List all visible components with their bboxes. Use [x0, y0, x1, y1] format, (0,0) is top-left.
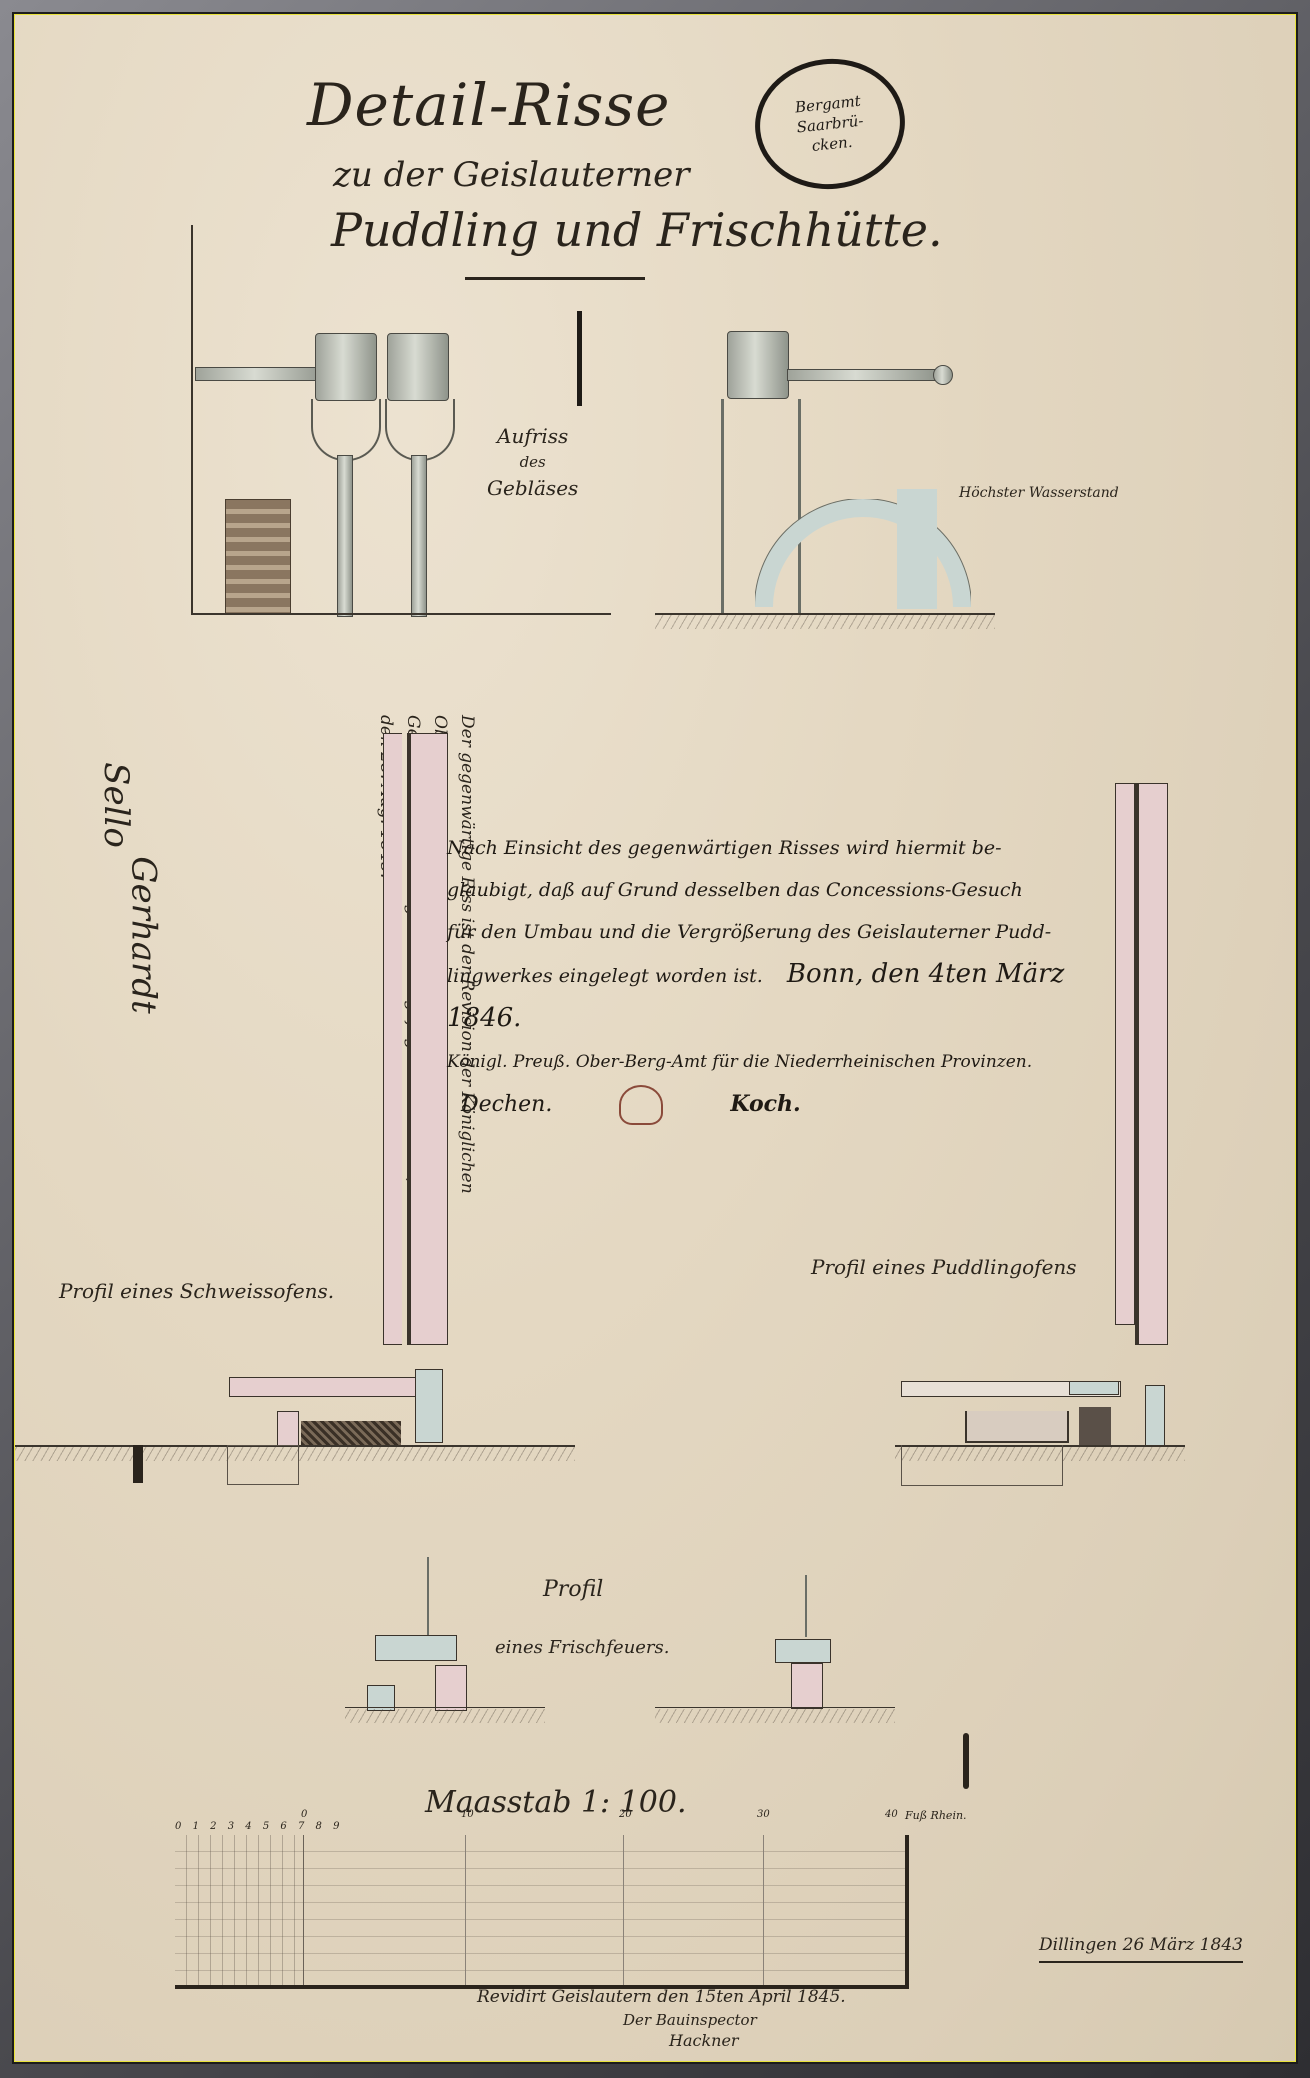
drawing-sheet: Detail-Risse zu der Geislauterner Puddli…	[14, 14, 1296, 2062]
cert-line: Nach Einsicht des gegenwärtigen Risses w…	[447, 827, 1107, 869]
seal-icon	[619, 1085, 663, 1125]
cert-line: glaubigt, daß auf Grund desselben das Co…	[447, 869, 1107, 911]
water-level-label: Höchster Wasserstand	[959, 485, 1119, 501]
tick-label: 0	[175, 1821, 185, 1832]
ground-line	[655, 1707, 895, 1708]
tick-label: 0	[301, 1809, 307, 1820]
revision-line: Revidirt Geislautern den 15ten April 184…	[477, 1987, 846, 2007]
scale-division	[303, 1835, 304, 1985]
tick-label: 20	[619, 1809, 632, 1820]
cert-line: für den Umbau und die Vergrößerung des G…	[447, 911, 1107, 953]
label-line: des	[487, 449, 578, 475]
chimney-right-wall	[1115, 783, 1135, 1325]
welding-furnace-label: Profil eines Schweissofens.	[59, 1279, 334, 1303]
chimney-left-wall	[383, 733, 402, 1345]
ground-line	[345, 1707, 545, 1708]
section-mark-icon	[577, 311, 582, 406]
ground-line	[191, 613, 611, 615]
scale-division	[763, 1835, 764, 1985]
tick-label: 6	[280, 1821, 290, 1832]
tick-label: 40	[885, 1809, 898, 1820]
cert-line: lingwerkes eingelegt worden ist.	[447, 965, 763, 987]
cylinder-left-icon	[315, 333, 377, 401]
refinery-stack-right-icon	[805, 1575, 807, 1637]
bergamt-stamp-icon: Bergamt Saarbrü- cken.	[749, 52, 912, 197]
cylinder-icon	[727, 331, 789, 399]
tick-label: 4	[245, 1821, 255, 1832]
signature-koch: Koch.	[730, 1091, 800, 1117]
firebox-icon	[1079, 1407, 1111, 1445]
title-line-3: Puddling und Frischhütte.	[331, 203, 943, 257]
title-line-1: Detail-Risse	[307, 71, 670, 139]
yoke-left-icon	[311, 399, 381, 461]
title-underline	[465, 277, 645, 280]
foundation-icon	[901, 1445, 1063, 1486]
ground-hatch	[655, 615, 995, 629]
scale-division	[623, 1835, 624, 1985]
scale-unit: Fuß Rhein.	[905, 1809, 967, 1822]
furnace-flue-icon	[1145, 1385, 1165, 1447]
tick-label: 30	[757, 1809, 770, 1820]
refinery-hearth-right-icon	[791, 1663, 823, 1709]
refinery-hood-right-icon	[775, 1639, 831, 1663]
inspector-signature: Hackner	[669, 2031, 739, 2050]
cylinder-right-icon	[387, 333, 449, 401]
tick-label: 7	[298, 1821, 308, 1832]
fire-bridge-icon	[277, 1411, 299, 1447]
flume-icon	[897, 489, 937, 609]
signature-dechen: Dechen.	[461, 1092, 552, 1117]
certification-text: Nach Einsicht des gegenwärtigen Risses w…	[447, 827, 1107, 1126]
waterwheel-box-icon	[225, 499, 291, 615]
label-line: Aufriss	[487, 423, 578, 449]
pipe-flange-icon	[933, 365, 953, 385]
roof-section-icon	[1069, 1381, 1119, 1395]
tick-label: 2	[210, 1821, 220, 1832]
date-right: Dillingen 26 März 1843	[1039, 1935, 1243, 1963]
foundation-icon	[227, 1445, 299, 1485]
chimney-right-flue	[1135, 783, 1168, 1345]
refinery-label-2: eines Frischfeuers.	[495, 1637, 670, 1658]
scale-fine-divisions	[175, 1835, 303, 1985]
column-right-icon	[411, 455, 427, 617]
blast-pipe-icon	[195, 367, 327, 381]
margin-mark-icon	[963, 1733, 969, 1789]
refinery-hood-left-icon	[375, 1635, 457, 1661]
refinery-hearth-left-icon	[435, 1665, 467, 1711]
puddling-furnace-label: Profil eines Puddlingofens	[811, 1255, 1077, 1279]
stamp-line: cken.	[811, 132, 854, 156]
hearth-basin-icon	[965, 1411, 1069, 1443]
title-line-2: zu der Geislauterner	[333, 155, 690, 195]
chimney-left-flue	[407, 733, 448, 1345]
tick-label: 5	[263, 1821, 273, 1832]
tick-label: 10	[461, 1809, 474, 1820]
refinery-stack-left-icon	[427, 1557, 429, 1637]
yoke-right-icon	[385, 399, 455, 461]
tick-label: 3	[228, 1821, 238, 1832]
foundation-mark	[133, 1445, 143, 1483]
scale-bar	[175, 1835, 909, 1989]
grate-coal-icon	[301, 1421, 401, 1445]
scale-division	[465, 1835, 466, 1985]
tick-label: 8	[316, 1821, 326, 1832]
margin-signature-1: Sello	[96, 762, 136, 848]
tick-label: 9	[333, 1821, 343, 1832]
scale-small-ticks: 0 1 2 3 4 5 6 7 8 9	[175, 1821, 343, 1832]
cert-authority: Königl. Preuß. Ober-Berg-Amt für die Nie…	[447, 1041, 1107, 1083]
furnace-roof-icon	[229, 1377, 419, 1397]
frame-line	[191, 225, 193, 615]
inspector-title: Der Bauinspector	[623, 2011, 757, 2029]
tick-label: 1	[193, 1821, 203, 1832]
column-left-icon	[337, 455, 353, 617]
blowing-engine-label: Aufriss des Gebläses	[487, 423, 578, 501]
label-line: Gebläses	[487, 475, 578, 501]
refinery-label-1: Profil	[543, 1577, 603, 1602]
ground-hatch	[345, 1709, 545, 1723]
ground-hatch	[655, 1709, 895, 1723]
blast-pipe-icon	[787, 369, 939, 381]
furnace-flue-icon	[415, 1369, 443, 1443]
margin-signature-2: Gerhardt	[124, 856, 164, 1013]
